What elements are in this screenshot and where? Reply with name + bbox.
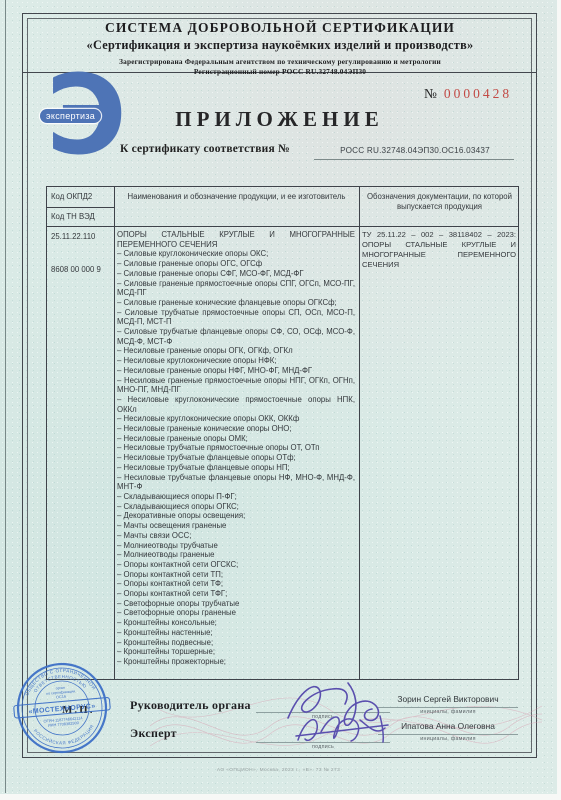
form-number-prefix: № [424,86,437,101]
product-item: – Складывающиеся опоры ОГКС; [117,502,355,512]
product-item: – Несиловые граненые опоры ОГК, ОГКф, ОГ… [117,346,355,356]
form-number-digits: 0000428 [444,86,512,101]
product-item: – Мачты связи ОСС; [117,531,355,541]
table-divider-col1 [114,187,115,679]
printer-imprint: АО «ОПЦИОН», Москва, 2023 г., «В». 73 № … [0,768,557,773]
product-item: – Декоративные опоры освещения; [117,511,355,521]
product-item: – Несиловые граненые опоры НФГ, МНО-ФГ, … [117,366,355,376]
product-title: ОПОРЫ СТАЛЬНЫЕ КРУГЛЫЕ И МНОГОГРАННЫЕ ПЕ… [117,230,355,249]
product-item: – Кронштейны настенные; [117,628,355,638]
certificate-ref-label: К сертификату соответствия № [120,143,290,155]
org-stamp: ОБЩЕСТВО С ОГРАНИЧЕННОЙ ОТВЕТСТВЕННОСТЬЮ… [12,658,112,758]
stamp-center-line3: ОС16 [56,695,66,700]
expert-signature-autograph [288,708,398,752]
product-item: – Силовые граненые опоры ОГС, ОГСф [117,259,355,269]
okpd2-code: 25.11.22.110 [51,232,95,241]
certificate-ref-underline [314,159,514,160]
product-item: – Несиловые трубчатые фланцевые опоры НП… [117,463,355,473]
product-item: – Силовые трубчатые фланцевые опоры СФ, … [117,327,355,346]
product-list-cell: ОПОРЫ СТАЛЬНЫЕ КРУГЛЫЕ И МНОГОГРАННЫЕ ПЕ… [117,230,355,667]
header-products: Наименования и обозначение продукции, и … [116,192,357,202]
product-item: – Силовые граненые конические фланцевые … [117,298,355,308]
certificate-sheet: СИСТЕМА ДОБРОВОЛЬНОЙ СЕРТИФИКАЦИИ «Серти… [0,0,557,794]
page-title: ПРИЛОЖЕНИЕ [22,107,537,132]
expert-role-label: Эксперт [130,726,177,741]
product-item: – Кронштейны прожекторные; [117,657,355,667]
products-table: Код ОКПД2 Код ТН ВЭД Наименования и обоз… [46,186,519,680]
form-number: №0000428 [424,86,512,102]
product-item: – Опоры контактной сети ТФ; [117,579,355,589]
product-item: – Силовые граненые опоры СФГ, МСО-ФГ, МС… [117,269,355,279]
documentation-cell: ТУ 25.11.22 – 002 – 38118402 – 2023: ОПО… [362,230,516,270]
table-divider-col2 [359,187,360,679]
product-item: – Кронштейны консольные; [117,618,355,628]
product-item: – Несиловые круглоконические прямостоечн… [117,395,355,414]
product-item: – Несиловые граненые прямостоечные опоры… [117,376,355,395]
product-item: – Молниеотводы граненые [117,550,355,560]
table-header-rule [47,226,518,227]
product-item: – Несиловые круглоконические опоры ОКК, … [117,414,355,424]
product-item: – Несиловые граненые конические опоры ОН… [117,424,355,434]
head-role-label: Руководитель органа [130,698,251,713]
product-item: – Несиловые трубчатые фланцевые опоры НФ… [117,473,355,492]
product-item: – Силовые граненые прямостоечные опоры С… [117,279,355,298]
product-item: – Несиловые трубчатые фланцевые опоры ОТ… [117,453,355,463]
product-item: – Светофорные опоры граненые [117,608,355,618]
product-item: – Молниеотводы трубчатые [117,541,355,551]
expert-name-caption: инициалы, фамилия [378,736,518,742]
product-item: – Силовые круглоконические опоры ОКС; [117,249,355,259]
system-title: СИСТЕМА ДОБРОВОЛЬНОЙ СЕРТИФИКАЦИИ [30,20,530,36]
code-cell-divider [47,207,114,208]
header-docs: Обозначения документации, по которой вып… [362,192,517,211]
certificate-ref-value: РОСС RU.32748.04ЭП30.ОС16.03437 [316,146,514,155]
product-item: – Опоры контактной сети ОГСКС; [117,560,355,570]
sheet-edge-line [5,0,6,793]
product-item: – Несиловые круглоконические опоры НФК; [117,356,355,366]
product-item: – Мачты освещения граненые [117,521,355,531]
product-item: – Силовые трубчатые прямостоечные опоры … [117,308,355,327]
tnved-code: 8608 00 000 9 [51,265,101,274]
product-items: – Силовые круглоконические опоры ОКС;– С… [117,249,355,666]
product-item: – Кронштейны торшерные; [117,647,355,657]
product-item: – Опоры контактной сети ТФГ; [117,589,355,599]
product-item: – Опоры контактной сети ТП; [117,570,355,580]
product-item: – Кронштейны подвесные; [117,638,355,648]
header-okpd2: Код ОКПД2 [51,192,92,201]
product-item: – Светофорные опоры трубчатые [117,599,355,609]
header-tnved: Код ТН ВЭД [51,212,95,221]
product-item: – Несиловые граненые опоры ОМК; [117,434,355,444]
product-item: – Складывающиеся опоры П-ФГ; [117,492,355,502]
product-item: – Несиловые трубчатые прямостоечные опор… [117,443,355,453]
